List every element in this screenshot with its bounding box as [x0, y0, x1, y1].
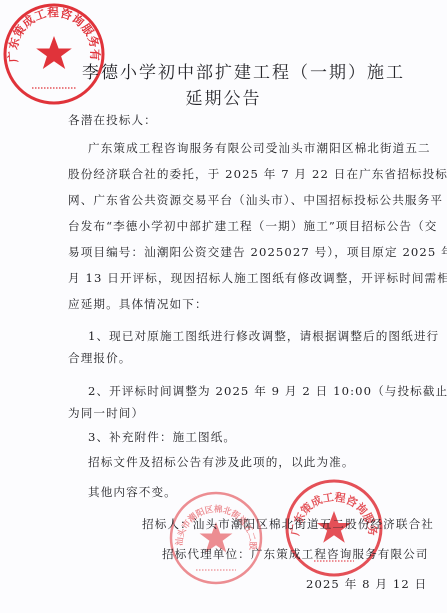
body-line: 台发布“李德小学初中部扩建工程（一期）施工”项目招标公告（交	[68, 216, 437, 236]
body-line: 股份经济联合社的委托，于 2025 年 7 月 22 日在广东省招标投标监管	[68, 164, 447, 184]
body-line: 广东策成工程咨询服务有限公司受汕头市潮阳区棉北街道五二	[88, 138, 431, 158]
note-precedence: 招标文件及招标公告有涉及此项的，以此为准。	[88, 452, 355, 472]
body-line: 网、广东省公共资源交易平台（汕头市）、中国招标投标公共服务平	[68, 190, 443, 210]
tenderer-seal-stamp: 汕头市潮阳区棉北街道五二股份经济联合社	[168, 490, 264, 586]
body-line: 应延期。具体情况如下：	[68, 294, 208, 314]
agent-signature: 招标代理单位：广东策成工程咨询服务有限公司	[162, 544, 429, 564]
item-1-line-1: 1、现已对原施工图纸进行修改调整，请根据调整后的图纸进行	[88, 326, 439, 346]
body-line: 易项目编号：汕潮阳公资交建告 2025027 号），项目原定 2025 年 8	[68, 242, 447, 262]
salutation: 各潜在投标人：	[68, 110, 157, 130]
item-2-line-1: 2、开评标时间调整为 2025 年 9 月 2 日 10:00（与投标截止时间	[88, 381, 447, 401]
item-2-line-2: 为同一时间）	[68, 403, 144, 423]
page-title: 李德小学初中部扩建工程（一期）施工	[20, 58, 447, 83]
issue-date: 2025 年 8 月 12 日	[306, 574, 427, 594]
item-1-line-2: 合理报价。	[68, 348, 131, 368]
svg-text:广东策成工程咨询服务有限公司: 广东策成工程咨询服务有限公司	[2, 2, 102, 63]
document-page: 广东策成工程咨询服务有限公司 李德小学初中部扩建工程（一期）施工 延期公告 各潜…	[0, 0, 447, 613]
body-line: 月 13 日开评标，现因招标人施工图纸有修改调整，开评标时间需相	[68, 268, 447, 288]
tenderer-signature: 招标人：汕头市潮阳区棉北街道五二股份经济联合社	[142, 514, 434, 534]
note-unchanged: 其他内容不变。	[88, 482, 177, 502]
page-subtitle: 延期公告	[0, 84, 447, 109]
item-3-line-1: 3、补充附件：施工图纸。	[88, 427, 236, 447]
